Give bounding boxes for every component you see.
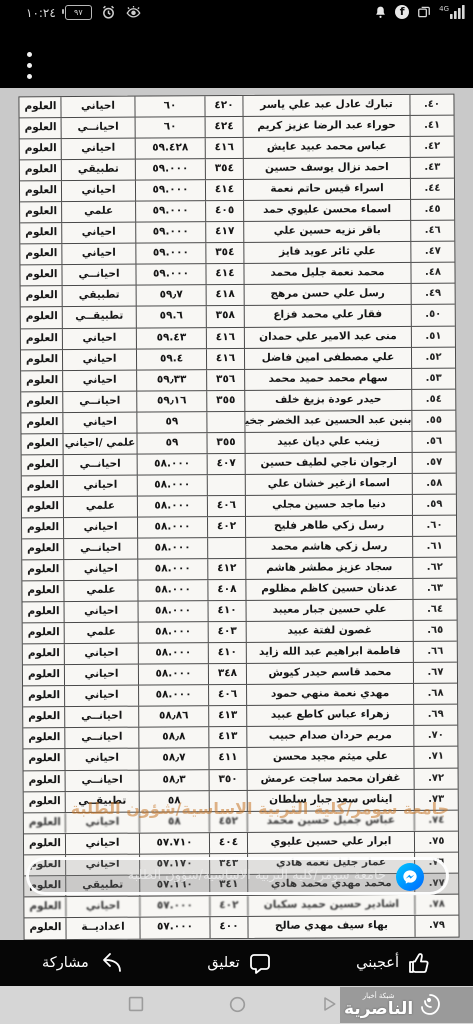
cell-college: العلوم <box>21 244 62 264</box>
table-row: ٥٢.علي مصطفى امين فاضل٤١٦٥٩.٤احيانيالعلو… <box>21 347 455 371</box>
cell-branch: احياني <box>63 370 137 390</box>
cell-seat: ٤٠٥ <box>206 201 244 221</box>
cell-name: مريم حردان صدام حبيب <box>247 726 414 747</box>
table-row: ٤٦.باقر نزيه حسين علي٤١٧٥٩.٠٠٠احيانيالعل… <box>20 221 454 245</box>
cell-seat: ٤٠٣ <box>209 622 247 642</box>
table-row: ٥٩.دنيا ماجد حسين مجلي٤٠٦٥٨.٠٠٠علميالعلو… <box>22 495 456 519</box>
cell-score: ٥٩.٦ <box>137 307 207 327</box>
cell-score: ٥٩ <box>137 433 207 453</box>
table-row: ٧٩.بهاء سيف مهدي صالح٤٠٠٥٧.٠٠٠اعداديــةا… <box>24 915 458 939</box>
cell-score: ٥٧.٠٠٠ <box>140 896 210 916</box>
cell-branch: احيانــي <box>65 728 139 748</box>
recents-button[interactable] <box>128 996 144 1016</box>
table-row: ٦٩.زهراء عباس كاطع عبيد٤١٣٥٨٫٨٦احيانــيا… <box>23 705 457 729</box>
cell-no: ٤٣. <box>411 158 454 178</box>
cell-no: ٤٢. <box>411 137 454 157</box>
cell-score: ٥٧.٧١٠ <box>140 833 210 853</box>
cell-college: العلوم <box>23 518 64 538</box>
table-row: ٥٣.سهام محمد حميد محمد٣٥٦٥٩٫٣٣احيانيالعل… <box>21 368 455 392</box>
cell-name: سهام محمد حميد محمد <box>245 369 412 390</box>
cell-college: العلوم <box>24 623 65 643</box>
cell-branch: علمي <box>64 497 138 517</box>
cell-branch: احياني <box>66 833 140 853</box>
cell-no: ٥٦. <box>412 431 455 451</box>
cell-seat: ٤٠٢ <box>208 517 246 537</box>
cell-name: رسل علي حسن مرهج <box>245 284 412 305</box>
cell-college: العلوم <box>21 139 62 159</box>
cell-college: العلوم <box>24 686 65 706</box>
cell-seat: ٤١٦ <box>206 138 244 158</box>
cell-college: العلوم <box>22 350 63 370</box>
like-label: أعجبني <box>356 955 399 971</box>
cell-seat: ٤٠٨ <box>208 580 246 600</box>
cell-college: العلوم <box>25 897 66 917</box>
cell-seat: ٤١٤ <box>206 264 244 284</box>
cell-name: دنيا ماجد حسين مجلي <box>246 495 413 516</box>
channel-logo: شبكة أخبار الناصرية <box>340 987 473 1023</box>
table-row: ٦٣.عدنان حسين كاظم مظلوم٤٠٨٥٨.٠٠٠علميالع… <box>22 579 456 603</box>
table-row: ٦٦.فاطمة ابراهيم عبد الله زايد٤١٠٥٨.٠٠٠ا… <box>23 642 457 666</box>
cell-seat: ٤١١ <box>209 748 247 768</box>
cell-name: ارجوان ناجي لطيف حسين <box>246 453 413 474</box>
table-row: ٥٥.بنين عبد الحسين عبد الخضر جخيور٥٩احيا… <box>21 410 455 434</box>
cell-seat: ٤١٢ <box>208 559 246 579</box>
cell-score: ٥٨.٠٠٠ <box>138 580 208 600</box>
cell-score: ٥٩.٠٠٠ <box>136 244 206 264</box>
cell-name: احمد نزال يوسف حسين <box>244 158 411 179</box>
share-icon <box>97 951 123 975</box>
status-left-cluster: ١٠:٢٤ ٩٧ <box>26 5 142 20</box>
cell-college: العلوم <box>25 918 66 939</box>
cell-no: ٥٧. <box>413 452 456 472</box>
table-row: ٧٨.اشادير حسين حميد سكبان٤٠٢٥٧.٠٠٠احياني… <box>24 894 458 918</box>
cell-college: العلوم <box>22 371 63 391</box>
cell-no: ٦٦. <box>414 642 457 662</box>
cell-seat: ٤٠٠ <box>210 917 248 938</box>
cell-seat: ٣٥٦ <box>207 370 245 390</box>
channel-name: الناصرية <box>344 1001 413 1018</box>
cell-no: ٥٥. <box>412 410 455 430</box>
cell-name: غفران محمد ساجت عرمش <box>248 768 415 789</box>
cell-branch: احياني <box>66 896 140 916</box>
table-row: ٦٥.غصون لفتة عبيد٤٠٣٥٨.٠٠٠علميالعلوم <box>23 621 457 645</box>
cell-no: ٥٨. <box>413 474 456 494</box>
cell-college: العلوم <box>22 413 63 433</box>
cell-branch: احياني <box>65 749 139 769</box>
cell-no: ٦٩. <box>414 705 457 725</box>
cell-branch: اعداديــة <box>66 917 140 938</box>
cell-no: ٦٢. <box>413 558 456 578</box>
cell-name: اسماء محسن عليوي حمد <box>244 200 411 221</box>
cell-name: عباس محمد عبيد عايش <box>244 137 411 158</box>
cell-name: حيدر عودة بزيغ خلف <box>245 390 412 411</box>
cell-name: اسماء ازغير خشان علي <box>246 474 413 495</box>
cell-name: فقار علي محمد فزاع <box>245 305 412 326</box>
cell-branch: احيانــي <box>63 391 137 411</box>
cell-no: ٥٢. <box>412 347 455 367</box>
cell-name: محمد نعمة جليل محمد <box>244 263 411 284</box>
table-row: ٤٢.عباس محمد عبيد عايش٤١٦٥٩.٤٢٨احيانيالع… <box>20 137 454 161</box>
table-row: ٦٨.مهدي نعمة منهي حمود٤٠٦٥٨.٠٠٠احيانيالع… <box>23 684 457 708</box>
cell-college: العلوم <box>22 434 63 454</box>
cell-no: ٤٨. <box>411 263 454 283</box>
signal-4g-icon: 4G <box>439 5 465 19</box>
table-row: ٤٨.محمد نعمة جليل محمد٤١٤٥٩.٠٠٠احيانــيا… <box>20 263 454 287</box>
clock-text: ١٠:٢٤ <box>26 6 56 20</box>
cell-seat: ٣٤٨ <box>209 664 247 684</box>
comment-button[interactable]: تعليق <box>207 951 271 975</box>
cell-name: فاطمة ابراهيم عبد الله زايد <box>247 642 414 663</box>
cell-name: باقر نزيه حسين علي <box>244 221 411 242</box>
cell-score: ٥٩.٠٠٠ <box>136 265 206 285</box>
cell-branch: احياني <box>65 686 139 706</box>
overlay-windows-icon <box>417 5 431 19</box>
cell-score: ٥٩.٠٠٠ <box>136 201 206 221</box>
table-row: ٤٤.اسراء قيس حاتم نعمة٤١٤٥٩.٠٠٠احيانيالع… <box>20 179 454 203</box>
cell-branch: احيانــي <box>64 454 138 474</box>
cell-score: ٥٧.٠٠٠ <box>140 917 210 938</box>
cell-branch: احياني <box>63 328 137 348</box>
cell-branch: احياني <box>62 244 136 264</box>
cell-score: ٥٨.٠٠٠ <box>139 643 209 663</box>
cell-branch: احيانــي <box>62 118 136 138</box>
cell-college: العلوم <box>21 223 62 243</box>
table-row: ٥٦.زينب علي ديان عبيد٣٥٥٥٩علمي /احيانيال… <box>21 431 455 455</box>
table-row: ٦٢.سجاد عزيز مطشر هاشم٤١٢٥٨.٠٠٠احيانيالع… <box>22 558 456 582</box>
cell-seat: ٤٠٢ <box>210 896 248 916</box>
cell-score: ٥٨.٠٠٠ <box>138 559 208 579</box>
cell-no: ٦٨. <box>414 684 457 704</box>
cell-seat: ٤١٦ <box>207 327 245 347</box>
battery-icon: ٩٧ <box>65 5 92 20</box>
cell-name: زهراء عباس كاطع عبيد <box>247 705 414 726</box>
cell-no: ٧٥. <box>415 831 458 851</box>
cell-college: العلوم <box>23 476 64 496</box>
back-button[interactable] <box>322 996 337 1016</box>
status-bar: ١٠:٢٤ ٩٧ f 4G <box>0 0 473 30</box>
cell-college: العلوم <box>24 644 65 664</box>
table-row: ٥٤.حيدر عودة بزيغ خلف٣٥٥٥٩٫١٦احيانــيالع… <box>21 389 455 413</box>
cell-branch: علمي <box>65 623 139 643</box>
cell-branch: احيانــي <box>64 539 138 559</box>
cell-score: ٦٠ <box>136 117 206 137</box>
cell-college: العلوم <box>22 329 63 349</box>
cell-score: ٥٨.٠٠٠ <box>139 622 209 642</box>
table-row: ٦٤.علي حسين جبار معيبد٤١٠٥٨.٠٠٠احيانيالع… <box>23 600 457 624</box>
battery-percent: ٩٧ <box>74 9 83 17</box>
cell-college: العلوم <box>21 118 62 138</box>
cell-no: ٧٨. <box>415 894 458 914</box>
cell-no: ٧٩. <box>415 915 458 936</box>
cell-branch: احياني <box>64 518 138 538</box>
cell-no: ٥١. <box>412 326 455 346</box>
cell-college: العلوم <box>21 160 62 180</box>
table-row: ٥٠.فقار علي محمد فزاع٣٥٨٥٩.٦تطبيقــيالعل… <box>21 305 455 329</box>
cell-no: ٦٧. <box>414 663 457 683</box>
cell-seat: ٤١٨ <box>207 285 245 305</box>
cell-no: ٦٣. <box>413 579 456 599</box>
navigation-bar: شبكة أخبار الناصرية <box>0 986 473 1024</box>
cell-branch: تطبيقــي <box>63 307 137 327</box>
cell-branch: علمي /احياني <box>63 433 137 453</box>
cell-name: اسراء قيس حاتم نعمة <box>244 179 411 200</box>
cell-name: علي ميثم مجيد محسن <box>247 747 414 768</box>
messenger-icon[interactable] <box>396 863 424 891</box>
cell-seat: ٤٠٦ <box>208 496 246 516</box>
cell-branch: احيانــي <box>66 770 140 790</box>
cell-score: ٥٩.٤٣ <box>137 328 207 348</box>
table-row: ٥٨.اسماء ازغير خشان علي٥٨.٠٠٠احيانيالعلو… <box>22 474 456 498</box>
cell-branch: تطبيقي <box>62 160 136 180</box>
cell-name: حوراء عبد الرضا عزيز كريم <box>244 116 411 137</box>
cell-branch: احياني <box>65 665 139 685</box>
table-row: ٦٧.محمد قاسم حيدر كيوش٣٤٨٥٨.٠٠٠احيانيالع… <box>23 663 457 687</box>
cell-score: ٥٩.٤٢٨ <box>136 138 206 158</box>
cell-score: ٥٨.٠٠٠ <box>139 664 209 684</box>
cell-name: غصون لفتة عبيد <box>247 621 414 642</box>
cell-no: ٤٩. <box>412 284 455 304</box>
cell-seat: ٤١٠ <box>209 601 247 621</box>
cell-score: ٥٨٫٧ <box>139 749 209 769</box>
table-row: ٤٣.احمد نزال يوسف حسين٣٥٤٥٩.٠٠٠تطبيقيالع… <box>20 158 454 182</box>
table-row: ٤٧.علي ثائر عويد فايز٣٥٤٥٩.٠٠٠احيانيالعل… <box>20 242 454 266</box>
cell-college: العلوم <box>24 707 65 727</box>
cell-college: العلوم <box>22 286 63 306</box>
cell-score: ٥٩٫٣٣ <box>137 370 207 390</box>
cell-branch: علمي <box>64 581 138 601</box>
table-row: ٤١.حوراء عبد الرضا عزيز كريم٤٢٤٦٠احيانــ… <box>20 116 454 140</box>
cell-no: ٥٣. <box>412 368 455 388</box>
alarm-icon <box>101 5 116 20</box>
table-row: ٤٩.رسل علي حسن مرهج٤١٨٥٩٫٧تطبيقيالعلوم <box>21 284 455 308</box>
cell-score: ٥٩ <box>137 412 207 432</box>
cell-name: علي مصطفى امين فاضل <box>245 348 412 369</box>
network-type-label: 4G <box>439 6 449 13</box>
table-row: ٧٥.ابرار علي حسين عليوي٤٠٤٥٧.٧١٠احيانيال… <box>24 831 458 855</box>
cell-branch: احياني <box>62 223 136 243</box>
cell-college: العلوم <box>23 560 64 580</box>
cell-branch: احياني <box>65 644 139 664</box>
cell-no: ٤٠. <box>410 95 453 115</box>
more-options-button[interactable] <box>27 52 32 79</box>
cell-college: العلوم <box>21 265 62 285</box>
dot-icon <box>27 52 32 57</box>
cell-college: العلوم <box>20 97 61 117</box>
cell-branch: احياني <box>65 602 139 622</box>
cell-score: ٦٠ <box>135 96 205 116</box>
cell-college: العلوم <box>24 602 65 622</box>
cell-seat: ٤٠٤ <box>210 833 248 853</box>
cell-no: ٥٠. <box>412 305 455 325</box>
cell-no: ٧٢. <box>415 768 458 788</box>
bell-icon <box>374 5 387 19</box>
cell-name: رسل زكي هاشم محمد <box>246 537 413 558</box>
cell-college: العلوم <box>22 392 63 412</box>
cell-score: ٥٨.٠٠٠ <box>139 685 209 705</box>
cell-seat: ٤٢٤ <box>206 117 244 137</box>
cell-branch: احياني <box>64 475 138 495</box>
share-button[interactable]: مشاركة <box>42 951 123 975</box>
cell-name: علي حسين جبار معيبد <box>247 600 414 621</box>
cell-college: العلوم <box>25 771 66 791</box>
cell-score: ٥٩.٤ <box>137 349 207 369</box>
cell-seat: ٤١٧ <box>206 222 244 242</box>
cell-score: ٥٨٫٨ <box>139 728 209 748</box>
dot-icon <box>27 74 32 79</box>
cell-no: ٤٦. <box>411 221 454 241</box>
cell-score: ٥٩.٠٠٠ <box>136 180 206 200</box>
cell-college: العلوم <box>21 202 62 222</box>
cell-seat: ٣٥٤ <box>206 243 244 263</box>
cell-name: عدنان حسين كاظم مظلوم <box>246 579 413 600</box>
cell-name: زينب علي ديان عبيد <box>245 432 412 453</box>
cell-no: ٤١. <box>411 116 454 136</box>
cell-college: العلوم <box>22 308 63 328</box>
table-row: ٦٠.رسل زكي طاهر فليح٤٠٢٥٨.٠٠٠احيانيالعلو… <box>22 516 456 540</box>
thumbs-up-icon <box>407 951 431 975</box>
home-button[interactable] <box>229 996 246 1017</box>
cell-name: علي ثائر عويد فايز <box>244 242 411 263</box>
cell-no: ٦٤. <box>414 600 457 620</box>
dot-icon <box>27 63 32 68</box>
cell-seat: ٣٥٤ <box>206 159 244 179</box>
table-row: ٥٧.ارجوان ناجي لطيف حسين٤٠٧٥٨.٠٠٠احيانــ… <box>22 452 456 476</box>
cell-score: ٥٨.٠٠٠ <box>138 517 208 537</box>
action-bar: أعجبني تعليق مشاركة <box>0 940 473 986</box>
cell-seat <box>208 475 246 495</box>
cell-score: ٥٨.٠٠٠ <box>138 538 208 558</box>
cell-college: العلوم <box>23 581 64 601</box>
cell-score: ٥٨.٠٠٠ <box>138 475 208 495</box>
cell-seat: ٤٠٧ <box>208 454 246 474</box>
cell-branch: علمي <box>62 202 136 222</box>
table-row: ٧٢.غفران محمد ساجت عرمش٣٥٠٥٨٫٣احيانــيال… <box>24 768 458 792</box>
cell-score: ٥٨.٠٠٠ <box>138 496 208 516</box>
facebook-icon: f <box>395 5 409 19</box>
cell-seat: ٤٠٦ <box>209 685 247 705</box>
comment-icon <box>248 951 272 975</box>
cell-branch: احيانــي <box>62 265 136 285</box>
cell-no: ٥٩. <box>413 495 456 515</box>
cell-seat: ٣٥٥ <box>207 433 245 453</box>
cell-branch: احياني <box>63 349 137 369</box>
cell-name: مهدي نعمة منهي حمود <box>247 684 414 705</box>
cell-college: العلوم <box>24 750 65 770</box>
cell-score: ٥٨٫٨٦ <box>139 707 209 727</box>
cell-no: ٧١. <box>414 747 457 767</box>
cell-college: العلوم <box>21 181 62 201</box>
cell-score: ٥٨.٠٠٠ <box>138 454 208 474</box>
cell-seat: ٣٥٥ <box>207 391 245 411</box>
cell-college: العلوم <box>24 665 65 685</box>
table-row: ٦١.رسل زكي هاشم محمد٥٨.٠٠٠احيانــيالعلوم <box>22 537 456 561</box>
table-row: ٤٠.تبارك عادل عبد علي ياسر٤٢٠٦٠احيانيالع… <box>19 95 453 119</box>
status-right-cluster: f 4G <box>374 5 465 19</box>
cell-name: تبارك عادل عبد علي ياسر <box>243 95 410 116</box>
like-button[interactable]: أعجبني <box>356 951 431 975</box>
cell-no: ٤٥. <box>411 200 454 220</box>
table-row: ٤٥.اسماء محسن عليوي حمد٤٠٥٥٩.٠٠٠علميالعل… <box>20 200 454 224</box>
cell-name: سجاد عزيز مطشر هاشم <box>246 558 413 579</box>
cell-name: اشادير حسين حميد سكبان <box>248 895 415 916</box>
cell-college: العلوم <box>23 497 64 517</box>
cell-college: العلوم <box>25 834 66 854</box>
eye-icon <box>125 5 142 20</box>
cell-seat: ٤٢٠ <box>205 96 243 116</box>
cell-name: بنين عبد الحسين عبد الخضر جخيور <box>245 411 412 432</box>
cell-branch: احياني <box>62 139 136 159</box>
cell-seat: ٤١٦ <box>207 349 245 369</box>
cell-branch: تطبيقي <box>63 286 137 306</box>
cell-no: ٤٧. <box>411 242 454 262</box>
cell-name: ابرار علي حسين عليوي <box>248 832 415 853</box>
cell-seat <box>207 412 245 432</box>
cell-name: بهاء سيف مهدي صالح <box>248 916 415 938</box>
cell-seat: ٣٥٨ <box>207 306 245 326</box>
cell-college: العلوم <box>23 455 64 475</box>
cell-seat: ٤١٤ <box>206 180 244 200</box>
university-watermark-text: جامعة سومر/كلية التربية الاساسية/شؤون ال… <box>60 799 460 818</box>
comment-label: تعليق <box>207 955 239 971</box>
cell-branch: احياني <box>63 412 137 432</box>
cell-score: ٥٩٫٧ <box>137 286 207 306</box>
cell-score: ٥٩.٠٠٠ <box>136 159 206 179</box>
cell-college: العلوم <box>23 539 64 559</box>
cell-name: محمد قاسم حيدر كيوش <box>247 663 414 684</box>
triangle-icon <box>322 996 337 1012</box>
cell-no: ٦٥. <box>414 621 457 641</box>
cell-no: ٦٠. <box>413 516 456 536</box>
cell-branch: احياني <box>62 181 136 201</box>
cell-branch: احيانــي <box>65 707 139 727</box>
cell-score: ٥٩٫١٦ <box>137 391 207 411</box>
table-row: ٧١.علي ميثم مجيد محسن٤١١٥٨٫٧احيانيالعلوم <box>23 747 457 771</box>
phone-screen: ١٠:٢٤ ٩٧ f 4G <box>0 0 473 1024</box>
messenger-chip[interactable]: جامعة سومر/كليه التربية الاساسية/شؤون ال… <box>26 857 449 895</box>
square-icon <box>128 996 144 1012</box>
cell-seat: ٤١٠ <box>209 643 247 663</box>
photo-viewer[interactable]: ٤٠.تبارك عادل عبد علي ياسر٤٢٠٦٠احيانيالع… <box>0 88 473 940</box>
cell-name: منى عبد الامير علي حمدان <box>245 326 412 347</box>
cell-branch: احياني <box>61 97 135 117</box>
calligraphy-emblem-icon <box>417 992 443 1018</box>
cell-score: ٥٨٫٣ <box>140 770 210 790</box>
cell-score: ٥٨.٠٠٠ <box>139 601 209 621</box>
chip-caption: جامعة سومر/كليه التربية الاساسية/شؤون ال… <box>43 868 386 883</box>
cell-no: ٧٠. <box>414 726 457 746</box>
cell-seat: ٣٥٠ <box>210 769 248 789</box>
table-row: ٧٠.مريم حردان صدام حبيب٤١٣٥٨٫٨احيانــيال… <box>23 726 457 750</box>
cell-no: ٥٤. <box>412 389 455 409</box>
cell-seat <box>208 538 246 558</box>
circle-icon <box>229 996 246 1013</box>
cell-branch: احياني <box>64 560 138 580</box>
cell-seat: ٤١٣ <box>209 727 247 747</box>
cell-no: ٦١. <box>413 537 456 557</box>
share-label: مشاركة <box>42 955 89 971</box>
cell-seat: ٤١٣ <box>209 706 247 726</box>
cell-name: رسل زكي طاهر فليح <box>246 516 413 537</box>
cell-no: ٤٤. <box>411 179 454 199</box>
cell-college: العلوم <box>24 728 65 748</box>
table-row: ٥١.منى عبد الامير علي حمدان٤١٦٥٩.٤٣احيان… <box>21 326 455 350</box>
cell-score: ٥٩.٠٠٠ <box>136 222 206 242</box>
